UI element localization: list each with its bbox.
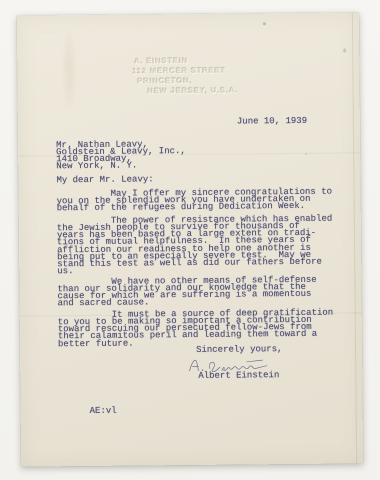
- paper-edge-crease: [352, 12, 357, 463]
- paper-speck: [343, 48, 346, 52]
- body-paragraph-2: The power of resistance which has enable…: [57, 216, 333, 276]
- body-paragraph-1: May I offer my sincere congratulations t…: [57, 189, 333, 213]
- letter-photograph: A. EINSTEIN 112 MERCER STREET PRINCETON,…: [0, 0, 380, 480]
- paper-stain: [63, 33, 76, 107]
- salutation: My dear Mr. Leavy:: [56, 176, 153, 184]
- typed-signer-name: Albert Einstein: [198, 372, 279, 380]
- letterhead-street: 112 MERCER STREET: [132, 66, 238, 77]
- letterhead-state: NEW JERSEY, U.S.A.: [133, 86, 239, 97]
- letter-paper: A. EINSTEIN 112 MERCER STREET PRINCETON,…: [17, 12, 363, 466]
- recipient-address-block: Mr. Nathan Leavy, Goldstein & Leavy, Inc…: [56, 141, 186, 171]
- body-paragraph-3: We have no other means of self-defense t…: [57, 277, 317, 308]
- embossed-letterhead: A. EINSTEIN 112 MERCER STREET PRINCETON,…: [132, 56, 238, 97]
- paper-speck: [305, 153, 307, 155]
- reference-initials: AE:vl: [90, 408, 117, 415]
- body-paragraph-4: It must be a source of deep gratificatio…: [58, 310, 334, 348]
- paper-speck: [263, 22, 266, 25]
- date-line: June 10, 1939: [237, 118, 307, 126]
